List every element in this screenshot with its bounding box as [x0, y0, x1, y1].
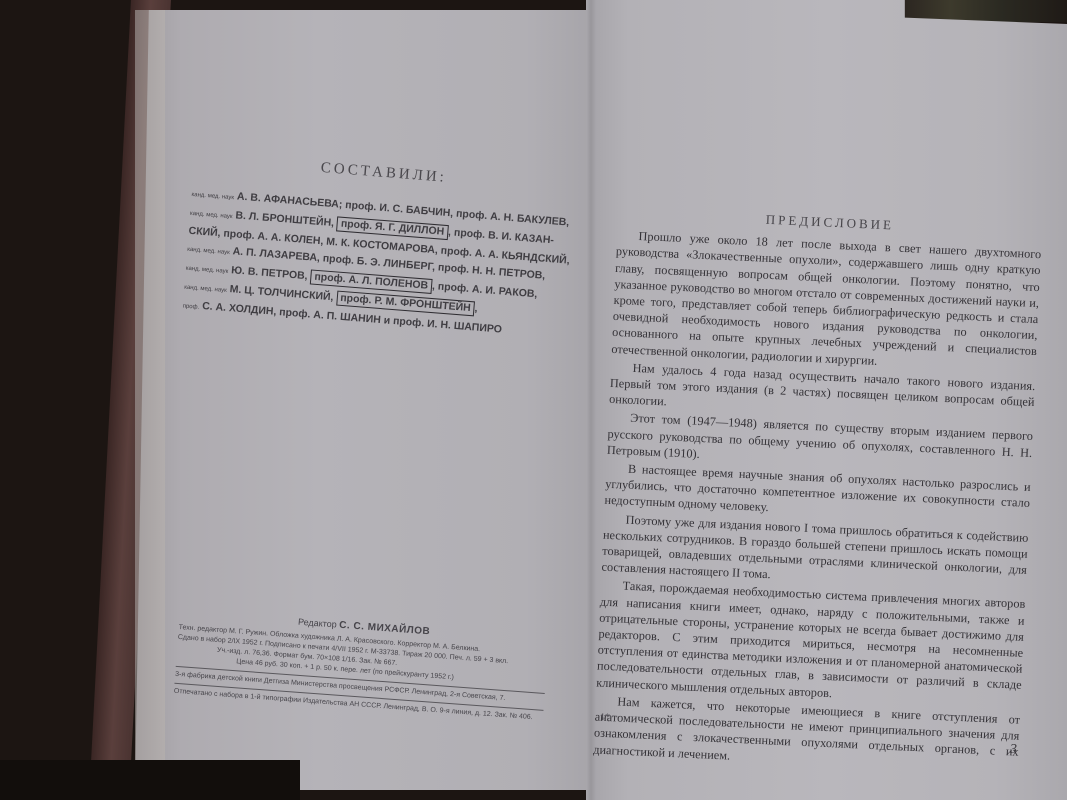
book-gutter — [586, 0, 596, 800]
degree-prefix: канд. мед. наук — [185, 266, 228, 275]
page-number: 3 — [1010, 742, 1017, 758]
preface-paragraph: Прошло уже около 18 лет после выхода в с… — [611, 227, 1041, 376]
left-page-fore-edge — [135, 10, 165, 790]
degree-prefix: канд. мед. наук — [187, 247, 230, 256]
degree-prefix: канд. мед. наук — [184, 285, 227, 294]
preface-section: ПРЕДИСЛОВИЕ Прошло уже около 18 лет посл… — [593, 205, 1043, 778]
signature-mark: 1* — [600, 712, 610, 723]
compilers-text: , — [474, 302, 478, 314]
compilers-text: Ю. В. ПЕТРОВ, — [231, 264, 308, 282]
degree-prefix: проф. — [182, 304, 199, 311]
editor-label: Редактор — [298, 617, 337, 630]
degree-prefix: канд. мед. наук — [191, 192, 234, 201]
compilers-section: СОСТАВИЛИ: канд. мед. наук А. В. АФАНАСЬ… — [182, 150, 544, 343]
degree-prefix: канд. мед. наук — [190, 211, 233, 220]
preface-paragraph: Такая, порождаемая необходимостью систем… — [596, 577, 1026, 710]
background-shadow — [0, 760, 300, 800]
